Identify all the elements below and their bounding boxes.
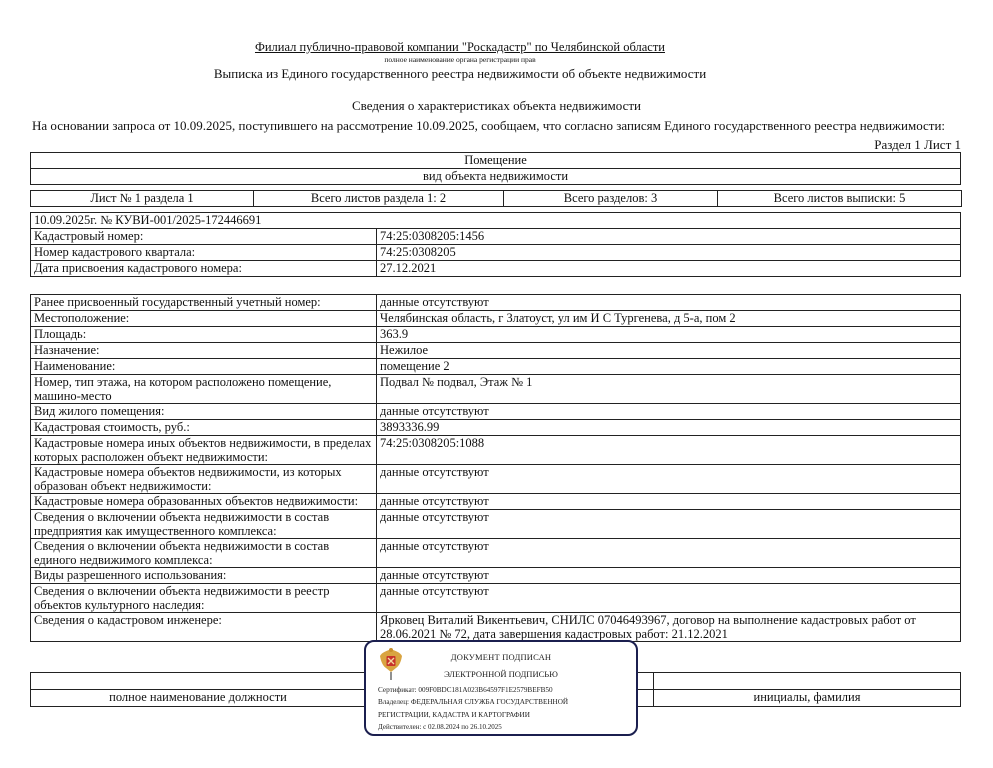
table-row: Кадастровые номера иных объектов недвижи… xyxy=(31,436,961,465)
row-value: Ярковец Виталий Викентьевич, СНИЛС 07046… xyxy=(377,613,961,642)
table-row: Кадастровая стоимость, руб.:3893336.99 xyxy=(31,420,961,436)
row-value: данные отсутствуют xyxy=(377,465,961,494)
table-row: Кадастровый номер:74:25:0308205:1456 xyxy=(31,229,961,245)
row-label: Сведения о включении объекта недвижимост… xyxy=(31,584,377,613)
position-field xyxy=(31,673,366,690)
table-row: Площадь:363.9 xyxy=(31,327,961,343)
row-value: Нежилое xyxy=(377,343,961,359)
name-caption: инициалы, фамилия xyxy=(654,690,961,707)
row-value: данные отсутствуют xyxy=(377,494,961,510)
identification-table: 10.09.2025г. № КУВИ-001/2025-172446691 К… xyxy=(30,212,961,277)
row-label: Кадастровые номера образованных объектов… xyxy=(31,494,377,510)
row-value: Челябинская область, г Златоуст, ул им И… xyxy=(377,311,961,327)
sheets-table: Лист № 1 раздела 1 Всего листов раздела … xyxy=(30,190,962,207)
row-value: 74:25:0308205:1088 xyxy=(377,436,961,465)
object-type-caption: вид объекта недвижимости xyxy=(31,169,961,185)
table-row: Сведения о кадастровом инженере:Ярковец … xyxy=(31,613,961,642)
row-value: помещение 2 xyxy=(377,359,961,375)
sheet-reference: Раздел 1 Лист 1 xyxy=(874,137,961,153)
row-value: Подвал № подвал, Этаж № 1 xyxy=(377,375,961,404)
row-label: Сведения о включении объекта недвижимост… xyxy=(31,510,377,539)
row-value: данные отсутствуют xyxy=(377,404,961,420)
row-value: данные отсутствуют xyxy=(377,295,961,311)
table-row: Наименование:помещение 2 xyxy=(31,359,961,375)
intro-text: На основании запроса от 10.09.2025, пост… xyxy=(32,118,945,134)
object-type-value: Помещение xyxy=(31,153,961,169)
position-caption: полное наименование должности xyxy=(31,690,366,707)
request-number: 10.09.2025г. № КУВИ-001/2025-172446691 xyxy=(31,213,961,229)
row-label: Сведения о кадастровом инженере: xyxy=(31,613,377,642)
row-label: Кадастровые номера иных объектов недвижи… xyxy=(31,436,377,465)
section-title: Сведения о характеристиках объекта недви… xyxy=(0,98,993,114)
table-row: Дата присвоения кадастрового номера:27.1… xyxy=(31,261,961,277)
table-row: Номер кадастрового квартала:74:25:030820… xyxy=(31,245,961,261)
table-row: Номер, тип этажа, на котором расположено… xyxy=(31,375,961,404)
row-value: данные отсутствуют xyxy=(377,584,961,613)
row-label: Ранее присвоенный государственный учетны… xyxy=(31,295,377,311)
object-type-table: Помещение вид объекта недвижимости xyxy=(30,152,961,185)
row-label: Сведения о включении объекта недвижимост… xyxy=(31,539,377,568)
document-title: Выписка из Единого государственного реес… xyxy=(0,66,920,82)
row-value: 74:25:0308205:1456 xyxy=(377,229,961,245)
row-label: Кадастровые номера объектов недвижимости… xyxy=(31,465,377,494)
electronic-signature-stamp: ДОКУМЕНТ ПОДПИСАН ЭЛЕКТРОННОЙ ПОДПИСЬЮ С… xyxy=(364,640,638,736)
organization-name: Филиал публично-правовой компании "Роска… xyxy=(0,40,920,55)
row-label: Виды разрешенного использования: xyxy=(31,568,377,584)
row-value: данные отсутствуют xyxy=(377,510,961,539)
row-value: данные отсутствуют xyxy=(377,539,961,568)
stamp-owner-continued: РЕГИСТРАЦИИ, КАДАСТРА И КАРТОГРАФИИ xyxy=(378,711,530,719)
characteristics-table: Ранее присвоенный государственный учетны… xyxy=(30,294,961,642)
table-row: Сведения о включении объекта недвижимост… xyxy=(31,539,961,568)
organization-caption: полное наименование органа регистрации п… xyxy=(0,55,920,64)
table-row: Вид жилого помещения:данные отсутствуют xyxy=(31,404,961,420)
name-field xyxy=(654,673,961,690)
row-value: данные отсутствуют xyxy=(377,568,961,584)
row-value: 363.9 xyxy=(377,327,961,343)
row-label: Кадастровая стоимость, руб.: xyxy=(31,420,377,436)
stamp-certificate: Сертификат: 009F0BDC181A023B64597F1E2579… xyxy=(378,686,553,694)
table-row: Виды разрешенного использования:данные о… xyxy=(31,568,961,584)
row-label: Номер, тип этажа, на котором расположено… xyxy=(31,375,377,404)
row-label: Номер кадастрового квартала: xyxy=(31,245,377,261)
row-value: 27.12.2021 xyxy=(377,261,961,277)
stamp-owner: Владелец: ФЕДЕРАЛЬНАЯ СЛУЖБА ГОСУДАРСТВЕ… xyxy=(378,698,568,706)
sheet-number: Лист № 1 раздела 1 xyxy=(31,191,254,207)
table-row: Кадастровые номера образованных объектов… xyxy=(31,494,961,510)
table-row: Ранее присвоенный государственный учетны… xyxy=(31,295,961,311)
table-row: Назначение:Нежилое xyxy=(31,343,961,359)
row-label: Кадастровый номер: xyxy=(31,229,377,245)
stamp-title: ДОКУМЕНТ ПОДПИСАН xyxy=(366,652,636,662)
row-label: Назначение: xyxy=(31,343,377,359)
row-label: Дата присвоения кадастрового номера: xyxy=(31,261,377,277)
stamp-subtitle: ЭЛЕКТРОННОЙ ПОДПИСЬЮ xyxy=(366,669,636,679)
row-label: Наименование: xyxy=(31,359,377,375)
row-label: Площадь: xyxy=(31,327,377,343)
row-value: 3893336.99 xyxy=(377,420,961,436)
total-extract-sheets: Всего листов выписки: 5 xyxy=(718,191,962,207)
row-label: Местоположение: xyxy=(31,311,377,327)
stamp-validity: Действителен: с 02.08.2024 по 26.10.2025 xyxy=(378,723,502,731)
total-sections: Всего разделов: 3 xyxy=(504,191,718,207)
table-row: Сведения о включении объекта недвижимост… xyxy=(31,584,961,613)
table-row: Кадастровые номера объектов недвижимости… xyxy=(31,465,961,494)
table-row: Сведения о включении объекта недвижимост… xyxy=(31,510,961,539)
total-section-sheets: Всего листов раздела 1: 2 xyxy=(254,191,504,207)
row-label: Вид жилого помещения: xyxy=(31,404,377,420)
table-row: Местоположение:Челябинская область, г Зл… xyxy=(31,311,961,327)
row-value: 74:25:0308205 xyxy=(377,245,961,261)
